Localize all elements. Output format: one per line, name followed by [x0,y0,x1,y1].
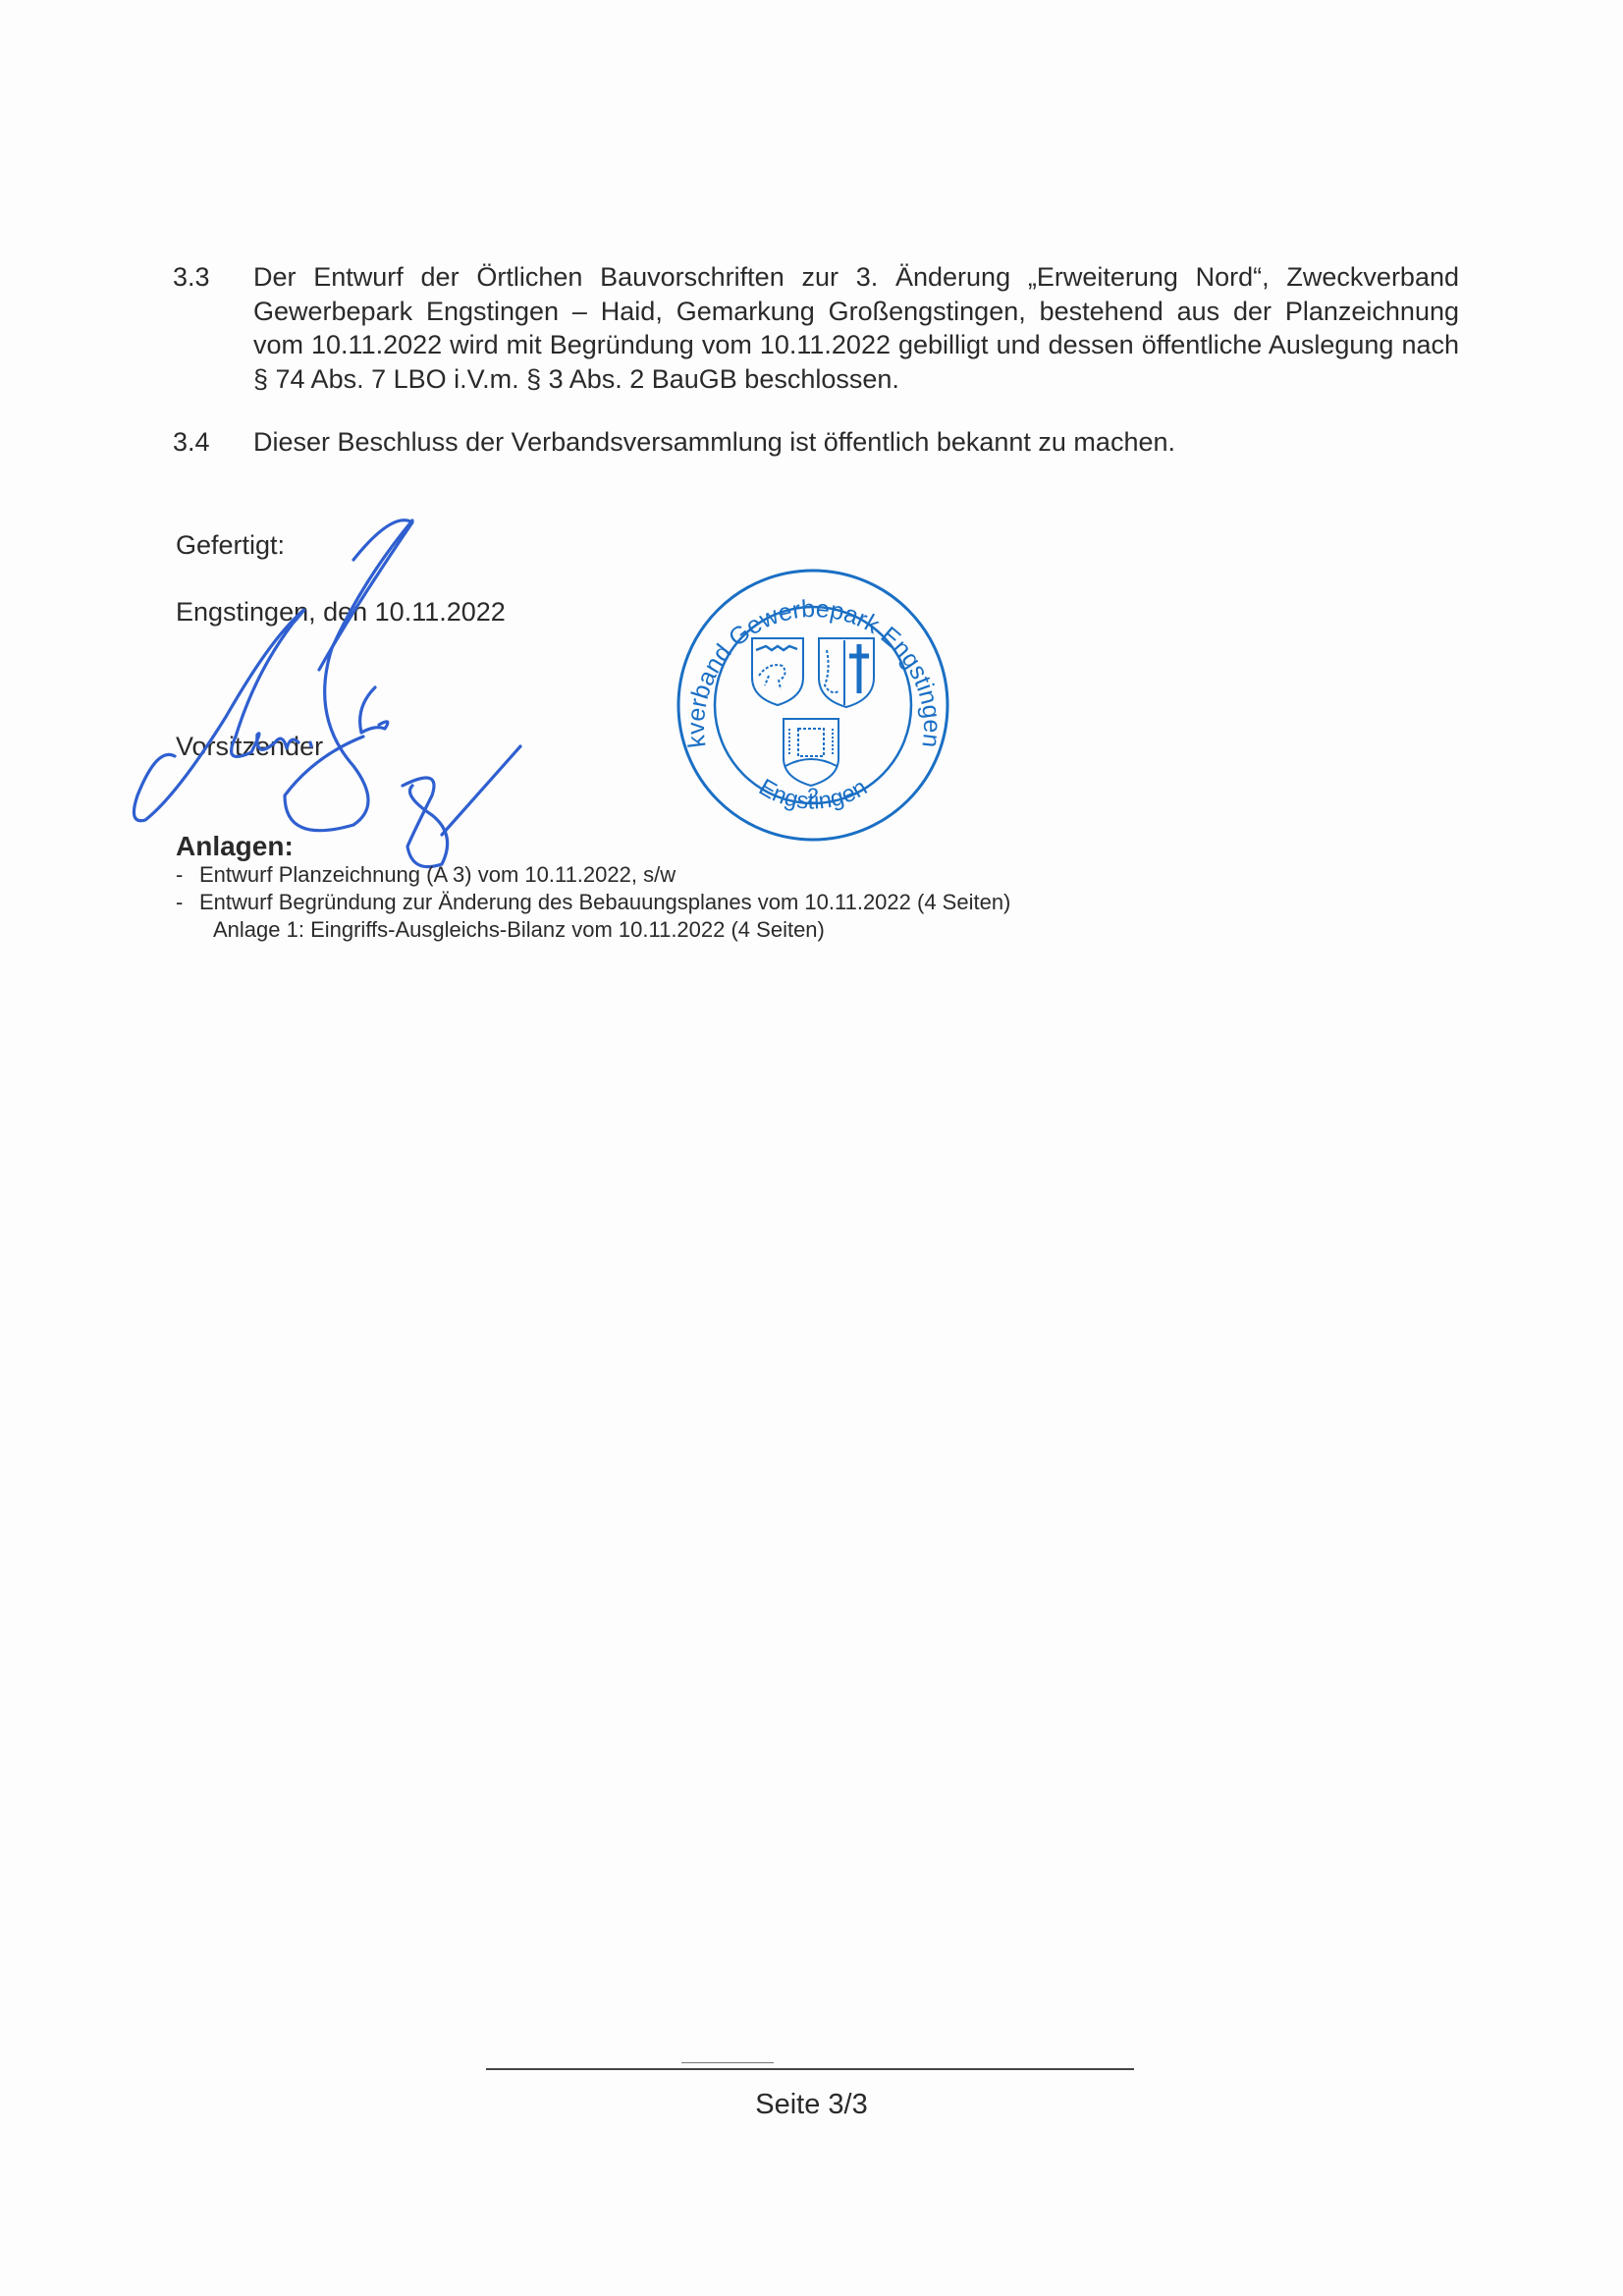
item-text: Dieser Beschluss der Verbandsversammlung… [253,425,1459,460]
resolution-item-3-3: 3.3 Der Entwurf der Örtlichen Bauvorschr… [173,260,1459,396]
attachment-subitem: Anlage 1: Eingriffs-Ausgleichs-Bilanz vo… [213,917,825,943]
place-date: Engstingen, den 10.11.2022 [176,596,506,628]
page-number: Seite 3/3 [0,2089,1623,2121]
attachment-item: - Entwurf Begründung zur Änderung des Be… [199,890,1010,915]
stamp-outer-text: Zweckverband Gewerbepark Engstingen-Haid [666,560,946,749]
item-number: 3.3 [173,260,210,295]
coat-of-arms-left-icon [752,638,803,705]
document-page: 3.3 Der Entwurf der Örtlichen Bauvorschr… [0,0,1623,2296]
bullet: - [176,862,183,888]
svg-text:Zweckverband Gewerbepark Engst: Zweckverband Gewerbepark Engstingen-Haid [666,560,946,749]
resolution-item-3-4: 3.4 Dieser Beschluss der Verbandsversamm… [173,425,1459,460]
attachment-text: Entwurf Planzeichnung (A 3) vom 10.11.20… [199,862,676,887]
footer-divider-short [681,2062,774,2063]
attachment-item: - Entwurf Planzeichnung (A 3) vom 10.11.… [199,862,676,888]
footer-divider [486,2068,1134,2070]
coat-of-arms-bottom-icon [784,719,839,786]
item-number: 3.4 [173,425,210,460]
attachment-text: Entwurf Begründung zur Änderung des Beba… [199,890,1010,914]
official-stamp: Zweckverband Gewerbepark Engstingen-Haid… [666,560,960,854]
attachment-text: Anlage 1: Eingriffs-Ausgleichs-Bilanz vo… [213,917,825,942]
signer-role: Vorsitzender [176,731,323,762]
stamp-number: 2 [807,784,819,808]
prepared-label: Gefertigt: [176,529,285,561]
bullet: - [176,890,183,915]
coat-of-arms-right-icon [819,638,874,707]
item-text: Der Entwurf der Örtlichen Bauvorschrifte… [253,260,1459,396]
attachments-heading: Anlagen: [176,831,294,862]
